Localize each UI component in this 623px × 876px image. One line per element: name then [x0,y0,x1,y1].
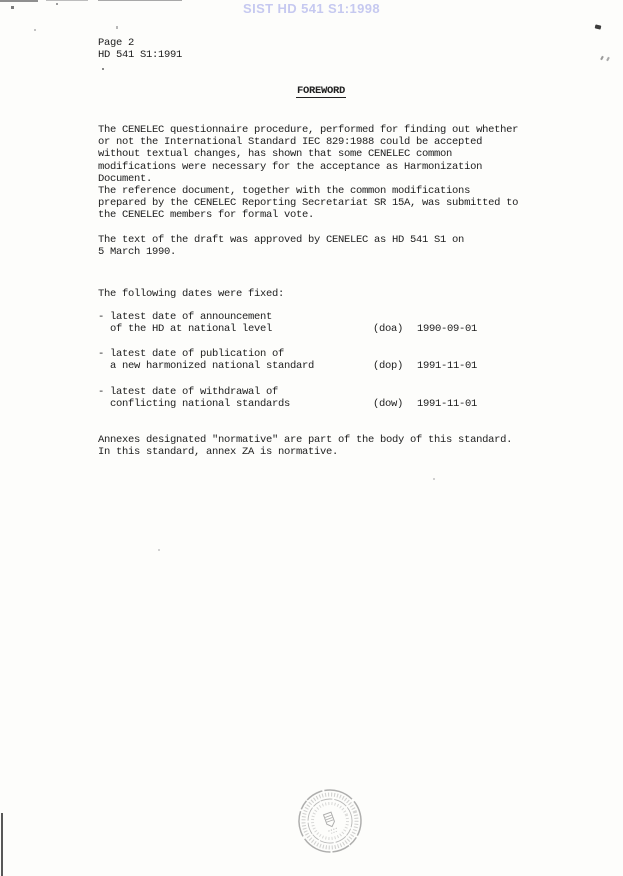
date-value: 1991-11-01 [417,398,477,410]
scan-artifact-top-edge [98,0,182,1]
scan-speck [433,478,435,480]
date-code: (doa) [373,323,403,335]
paragraph-questionnaire: The CENELEC questionnaire procedure, per… [98,124,518,222]
scan-speck [158,549,160,551]
page-header-block: Page 2 HD 541 S1:1991 [98,37,182,61]
scanned-document-page: SIST HD 541 S1:1998 Page 2 HD 541 S1:199… [0,0,623,876]
date-label: - latest date of announcement of the HD … [98,311,272,335]
scan-speck [102,68,104,70]
date-value: 1990-09-01 [417,323,477,335]
date-code: (dop) [373,360,403,372]
date-item-dop: - latest date of publication of a new ha… [98,348,314,372]
scan-artifact-top-edge [0,0,38,2]
scan-speck [34,29,36,31]
foreword-title: FOREWORD [296,85,346,98]
date-code: (dow) [373,398,403,410]
circular-seal-stamp-icon [283,774,378,869]
paragraph-approval: The text of the draft was approved by CE… [98,234,464,258]
paragraph-annexes: Annexes designated "normative" are part … [98,434,512,458]
scan-artifact-left-edge [1,813,3,876]
scan-speck [116,26,118,29]
date-label: - latest date of publication of a new ha… [98,348,314,372]
date-label: - latest date of withdrawal of conflicti… [98,386,290,410]
scan-speck [595,24,602,29]
watermark-text: SIST HD 541 S1:1998 [0,1,623,16]
date-item-doa: - latest date of announcement of the HD … [98,311,272,335]
scan-speck [11,6,14,9]
scan-speck [56,3,58,5]
scan-speck [600,56,604,60]
date-value: 1991-11-01 [417,360,477,372]
dates-intro: The following dates were fixed: [98,288,284,300]
scan-speck [606,57,610,61]
date-item-dow: - latest date of withdrawal of conflicti… [98,386,290,410]
scan-artifact-top-edge [46,0,88,1]
